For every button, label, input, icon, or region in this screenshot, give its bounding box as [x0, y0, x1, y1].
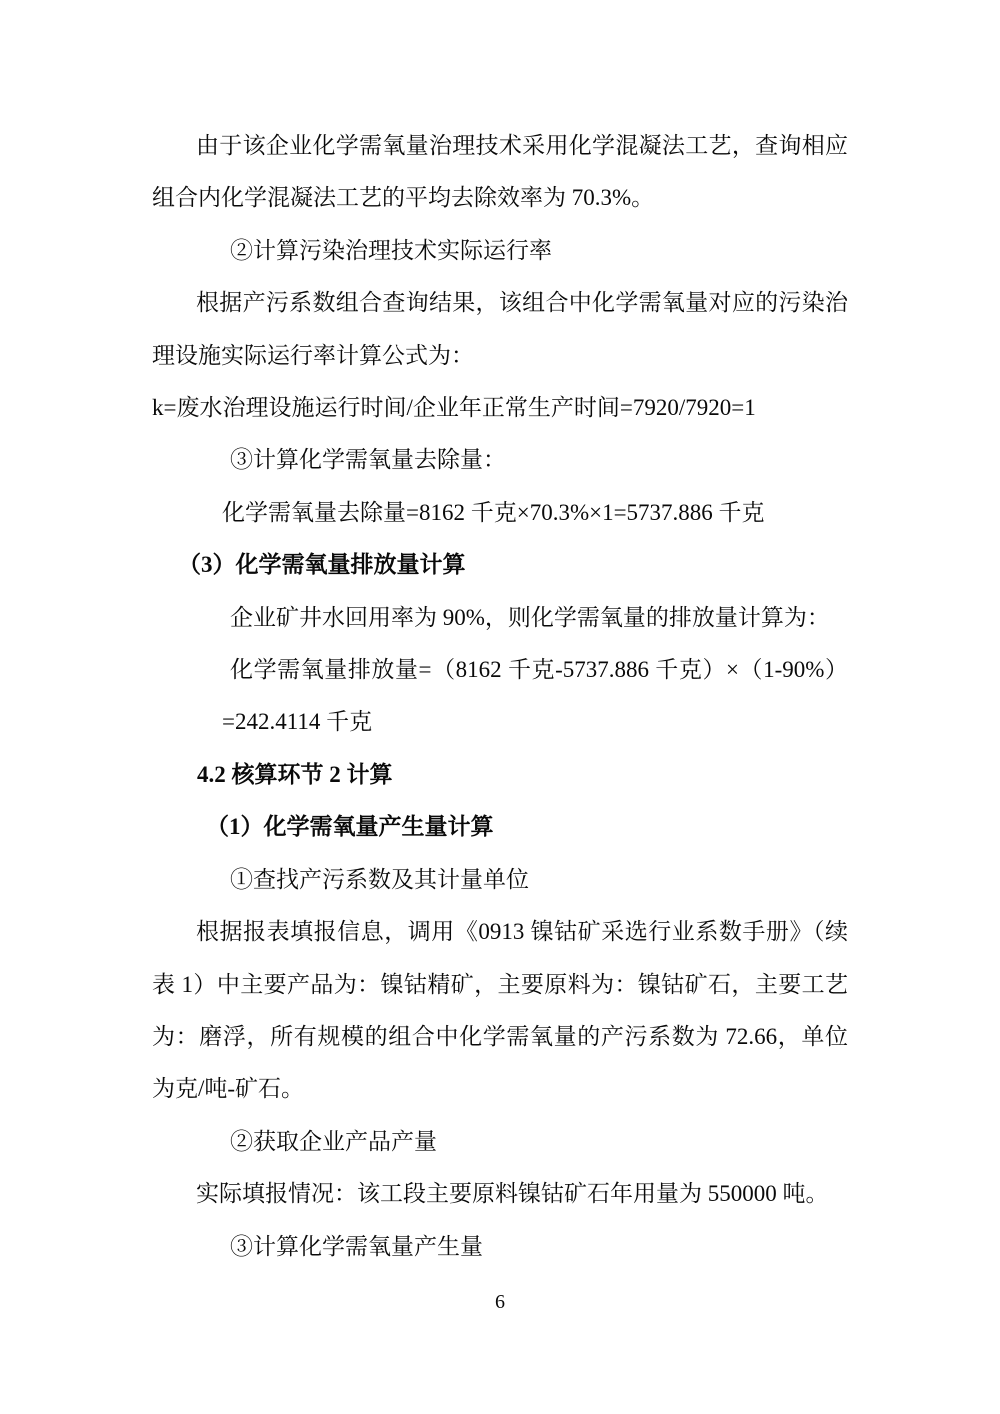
text-line: 表 1）中主要产品为：镍钴精矿，主要原料为：镍钴矿石，主要工艺: [152, 959, 848, 1011]
text-line: 企业矿井水回用率为 90%，则化学需氧量的排放量计算为：: [152, 592, 848, 644]
text-line: 理设施实际运行率计算公式为：: [152, 330, 848, 382]
formula-line: =242.4114 千克: [152, 696, 848, 748]
text-line: 为克/吨-矿石。: [152, 1063, 848, 1115]
text-line: ①查找产污系数及其计量单位: [152, 854, 848, 906]
formula-line: 化学需氧量去除量=8162 千克×70.3%×1=5737.886 千克: [152, 487, 848, 539]
text-line: 根据报表填报信息，调用《0913 镍钴矿采选行业系数手册》（续: [152, 906, 848, 958]
page-number: 6: [0, 1290, 1000, 1314]
text-line: ③计算化学需氧量去除量：: [152, 434, 848, 486]
section-heading: （3）化学需氧量排放量计算: [152, 539, 848, 591]
section-heading: （1）化学需氧量产生量计算: [152, 801, 848, 853]
text-line: 根据产污系数组合查询结果，该组合中化学需氧量对应的污染治: [152, 277, 848, 329]
formula-line: k=废水治理设施运行时间/企业年正常生产时间=7920/7920=1: [152, 382, 848, 434]
text-line: 实际填报情况：该工段主要原料镍钴矿石年用量为 550000 吨。: [152, 1168, 848, 1220]
text-line: 由于该企业化学需氧量治理技术采用化学混凝法工艺，查询相应: [152, 120, 848, 172]
section-heading: 4.2 核算环节 2 计算: [152, 749, 848, 801]
text-line: 组合内化学混凝法工艺的平均去除效率为 70.3%。: [152, 172, 848, 224]
text-line: ③计算化学需氧量产生量: [152, 1221, 848, 1273]
text-line: ②计算污染治理技术实际运行率: [152, 225, 848, 277]
document-page: 由于该企业化学需氧量治理技术采用化学混凝法工艺，查询相应 组合内化学混凝法工艺的…: [0, 0, 1000, 1414]
document-body: 由于该企业化学需氧量治理技术采用化学混凝法工艺，查询相应 组合内化学混凝法工艺的…: [152, 120, 848, 1273]
formula-line: 化学需氧量排放量=（8162 千克-5737.886 千克）×（1-90%）: [152, 644, 848, 696]
text-line: 为：磨浮，所有规模的组合中化学需氧量的产污系数为 72.66，单位: [152, 1011, 848, 1063]
text-line: ②获取企业产品产量: [152, 1116, 848, 1168]
